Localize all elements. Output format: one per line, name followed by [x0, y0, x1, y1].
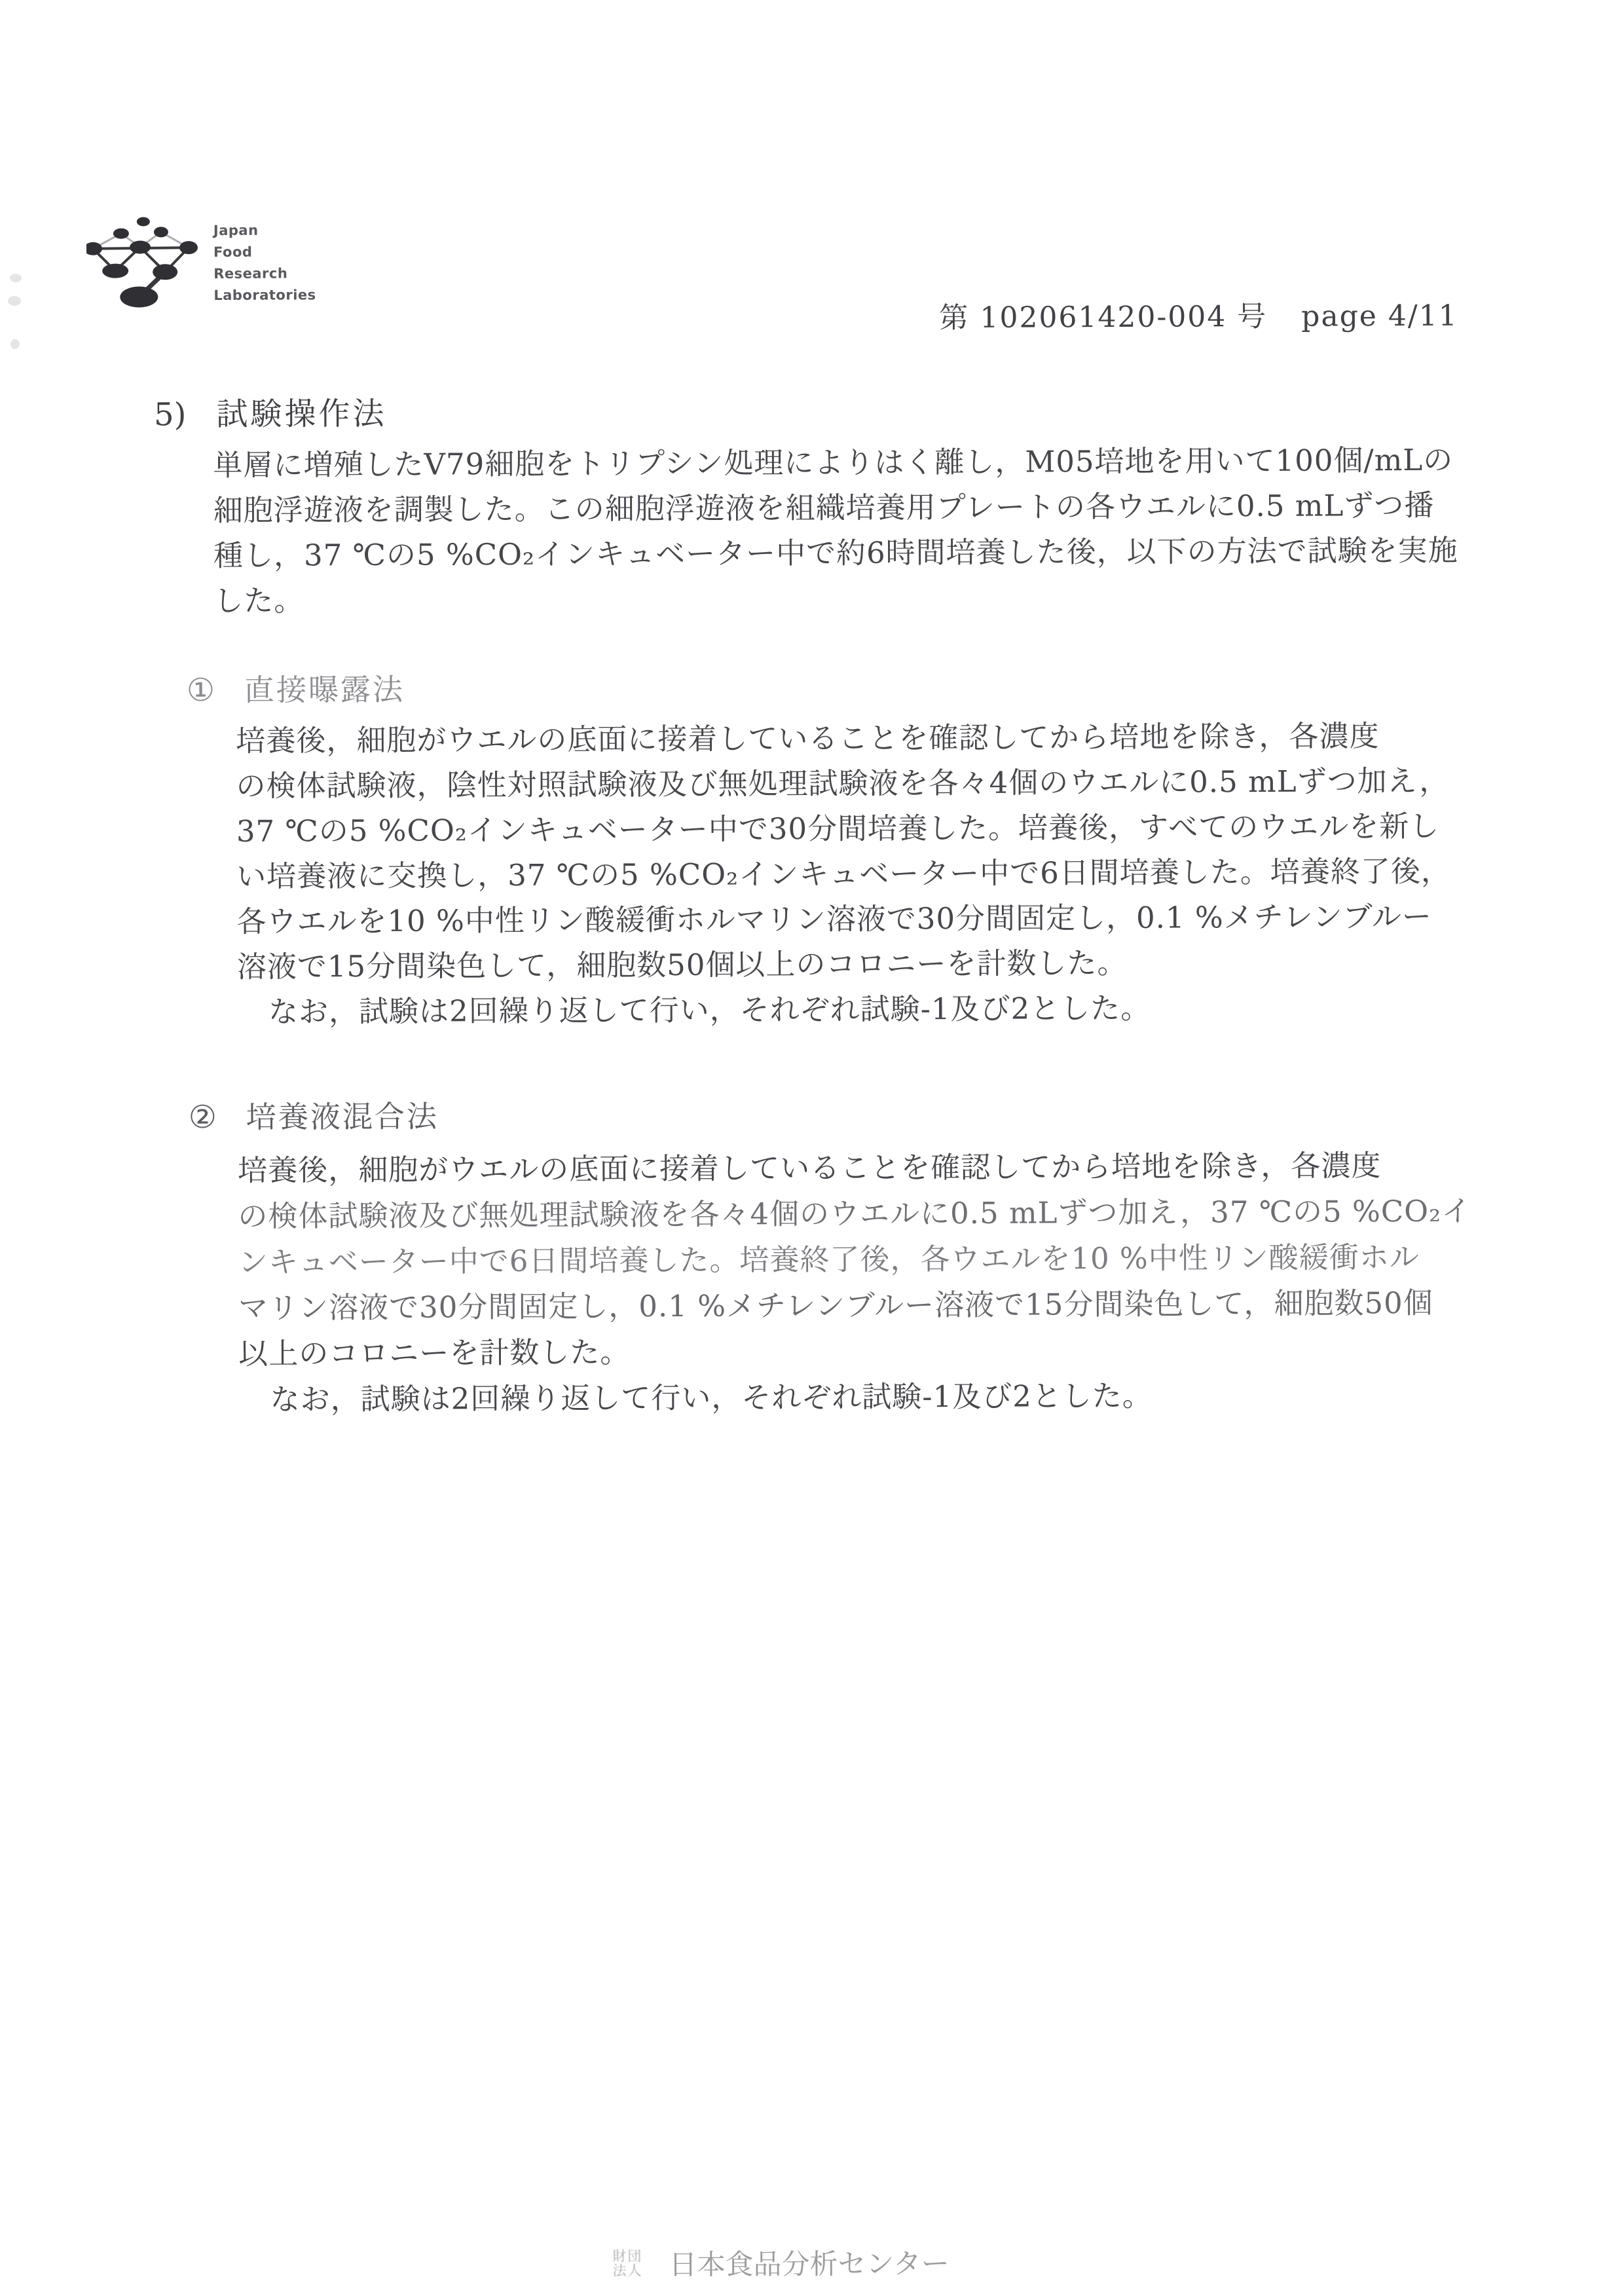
jfrl-logo-wordmark: Japan Food Research Laboratories — [213, 219, 316, 306]
logo-word: Research — [213, 263, 316, 285]
text-line: した。 — [213, 573, 1418, 623]
logo-word: Japan — [213, 219, 316, 242]
text-line: 細胞浮遊液を調製した。この細胞浮遊液を組織培養用プレートの各ウエルに0.5 mL… — [213, 483, 1418, 533]
method1-heading-direct-exposure: ①直接曝露法 — [187, 666, 405, 710]
jfrl-logo-icon — [86, 203, 210, 315]
text-line: マリン溶液で30分間固定し，0.1 %メチレンブルー溶液で15分間染色して，細胞… — [238, 1280, 1417, 1331]
text-line: 各ウエルを10 %中性リン酸緩衝ホルマリン溶液で30分間固定し，0.1 %メチレ… — [236, 894, 1415, 944]
logo-nodes — [86, 217, 198, 308]
text-line: 単層に増殖したV79細胞をトリプシン処理によりはく離し，M05培地を用いて100… — [213, 437, 1418, 488]
text-line: 種し，37 ℃の5 %CO₂インキュベーター中で約6時間培養した後，以下の方法で… — [213, 528, 1418, 578]
page-content: Japan Food Research Laboratories 第 10206… — [0, 0, 1624, 2296]
method2-lines: 培養後，細胞がウエルの底面に接着していることを確認してから培地を除き，各濃度の検… — [238, 1143, 1418, 1377]
scanned-report-page: Japan Food Research Laboratories 第 10206… — [0, 0, 1624, 2296]
method1-marker: ① — [187, 672, 217, 709]
document-reference: 第 102061420-004 号page 4/11 — [939, 292, 1458, 336]
org-type-stamp: 財団法人 — [612, 2249, 655, 2278]
section-number: 5) — [154, 396, 187, 433]
method1-note: なお，試験は2回繰り返して行い，それぞれ試験-1及び2とした。 — [237, 984, 1416, 1035]
text-line: い培養液に交換し，37 ℃の5 %CO₂インキュベーター中で6日間培養した。培養… — [236, 849, 1415, 899]
method2-paragraph: 培養後，細胞がウエルの底面に接着していることを確認してから培地を除き，各濃度の検… — [238, 1143, 1418, 1423]
text-line: 培養後，細胞がウエルの底面に接着していることを確認してから培地を除き，各濃度 — [238, 1143, 1416, 1194]
text-line: の検体試験液及び無処理試験液を各々4個のウエルに0.5 mLずつ加え，37 ℃の… — [238, 1189, 1416, 1240]
text-line: ンキュベーター中で6日間培養した。培養終了後，各ウエルを10 %中性リン酸緩衝ホ… — [238, 1234, 1417, 1286]
logo-word: Food — [213, 241, 316, 263]
text-line: 37 ℃の5 %CO₂インキュベーター中で30分間培養した。培養後，すべてのウエ… — [236, 804, 1415, 854]
section5-paragraph: 単層に増殖したV79細胞をトリプシン処理によりはく離し，M05培地を用いて100… — [213, 437, 1418, 623]
text-line: の検体試験液，陰性対照試験液及び無処理試験液を各々4個のウエルに0.5 mLずつ… — [236, 758, 1414, 809]
footer-organization: 財団法人 日本食品分析センター — [612, 2242, 950, 2283]
section-heading-test-procedure: 5)試験操作法 — [154, 388, 387, 435]
page-indicator: page 4/11 — [1301, 299, 1458, 333]
logo-word: Laboratories — [213, 284, 316, 306]
method2-heading-medium-mixing: ②培養液混合法 — [189, 1092, 439, 1137]
text-line: 以上のコロニーを計数した。 — [238, 1326, 1417, 1377]
method1-title: 直接曝露法 — [244, 672, 405, 708]
method1-paragraph: 培養後，細胞がウエルの底面に接着していることを確認してから培地を除き，各濃度の検… — [236, 713, 1416, 1035]
scan-smudge — [8, 296, 21, 306]
method2-title: 培養液混合法 — [246, 1098, 439, 1134]
method2-note: なお，試験は2回繰り返して行い，それぞれ試験-1及び2とした。 — [239, 1372, 1418, 1423]
org-name: 日本食品分析センター — [669, 2242, 950, 2283]
text-line: 培養後，細胞がウエルの底面に接着していることを確認してから培地を除き，各濃度 — [236, 713, 1414, 764]
scan-smudge — [10, 274, 22, 282]
section-title: 試験操作法 — [216, 396, 386, 433]
text-line: 溶液で15分間染色して，細胞数50個以上のコロニーを計数した。 — [237, 939, 1416, 990]
doc-number: 第 102061420-004 号 — [939, 300, 1267, 335]
method1-lines: 培養後，細胞がウエルの底面に接着していることを確認してから培地を除き，各濃度の検… — [236, 713, 1416, 990]
method2-marker: ② — [189, 1099, 219, 1136]
scan-smudge — [10, 339, 20, 349]
